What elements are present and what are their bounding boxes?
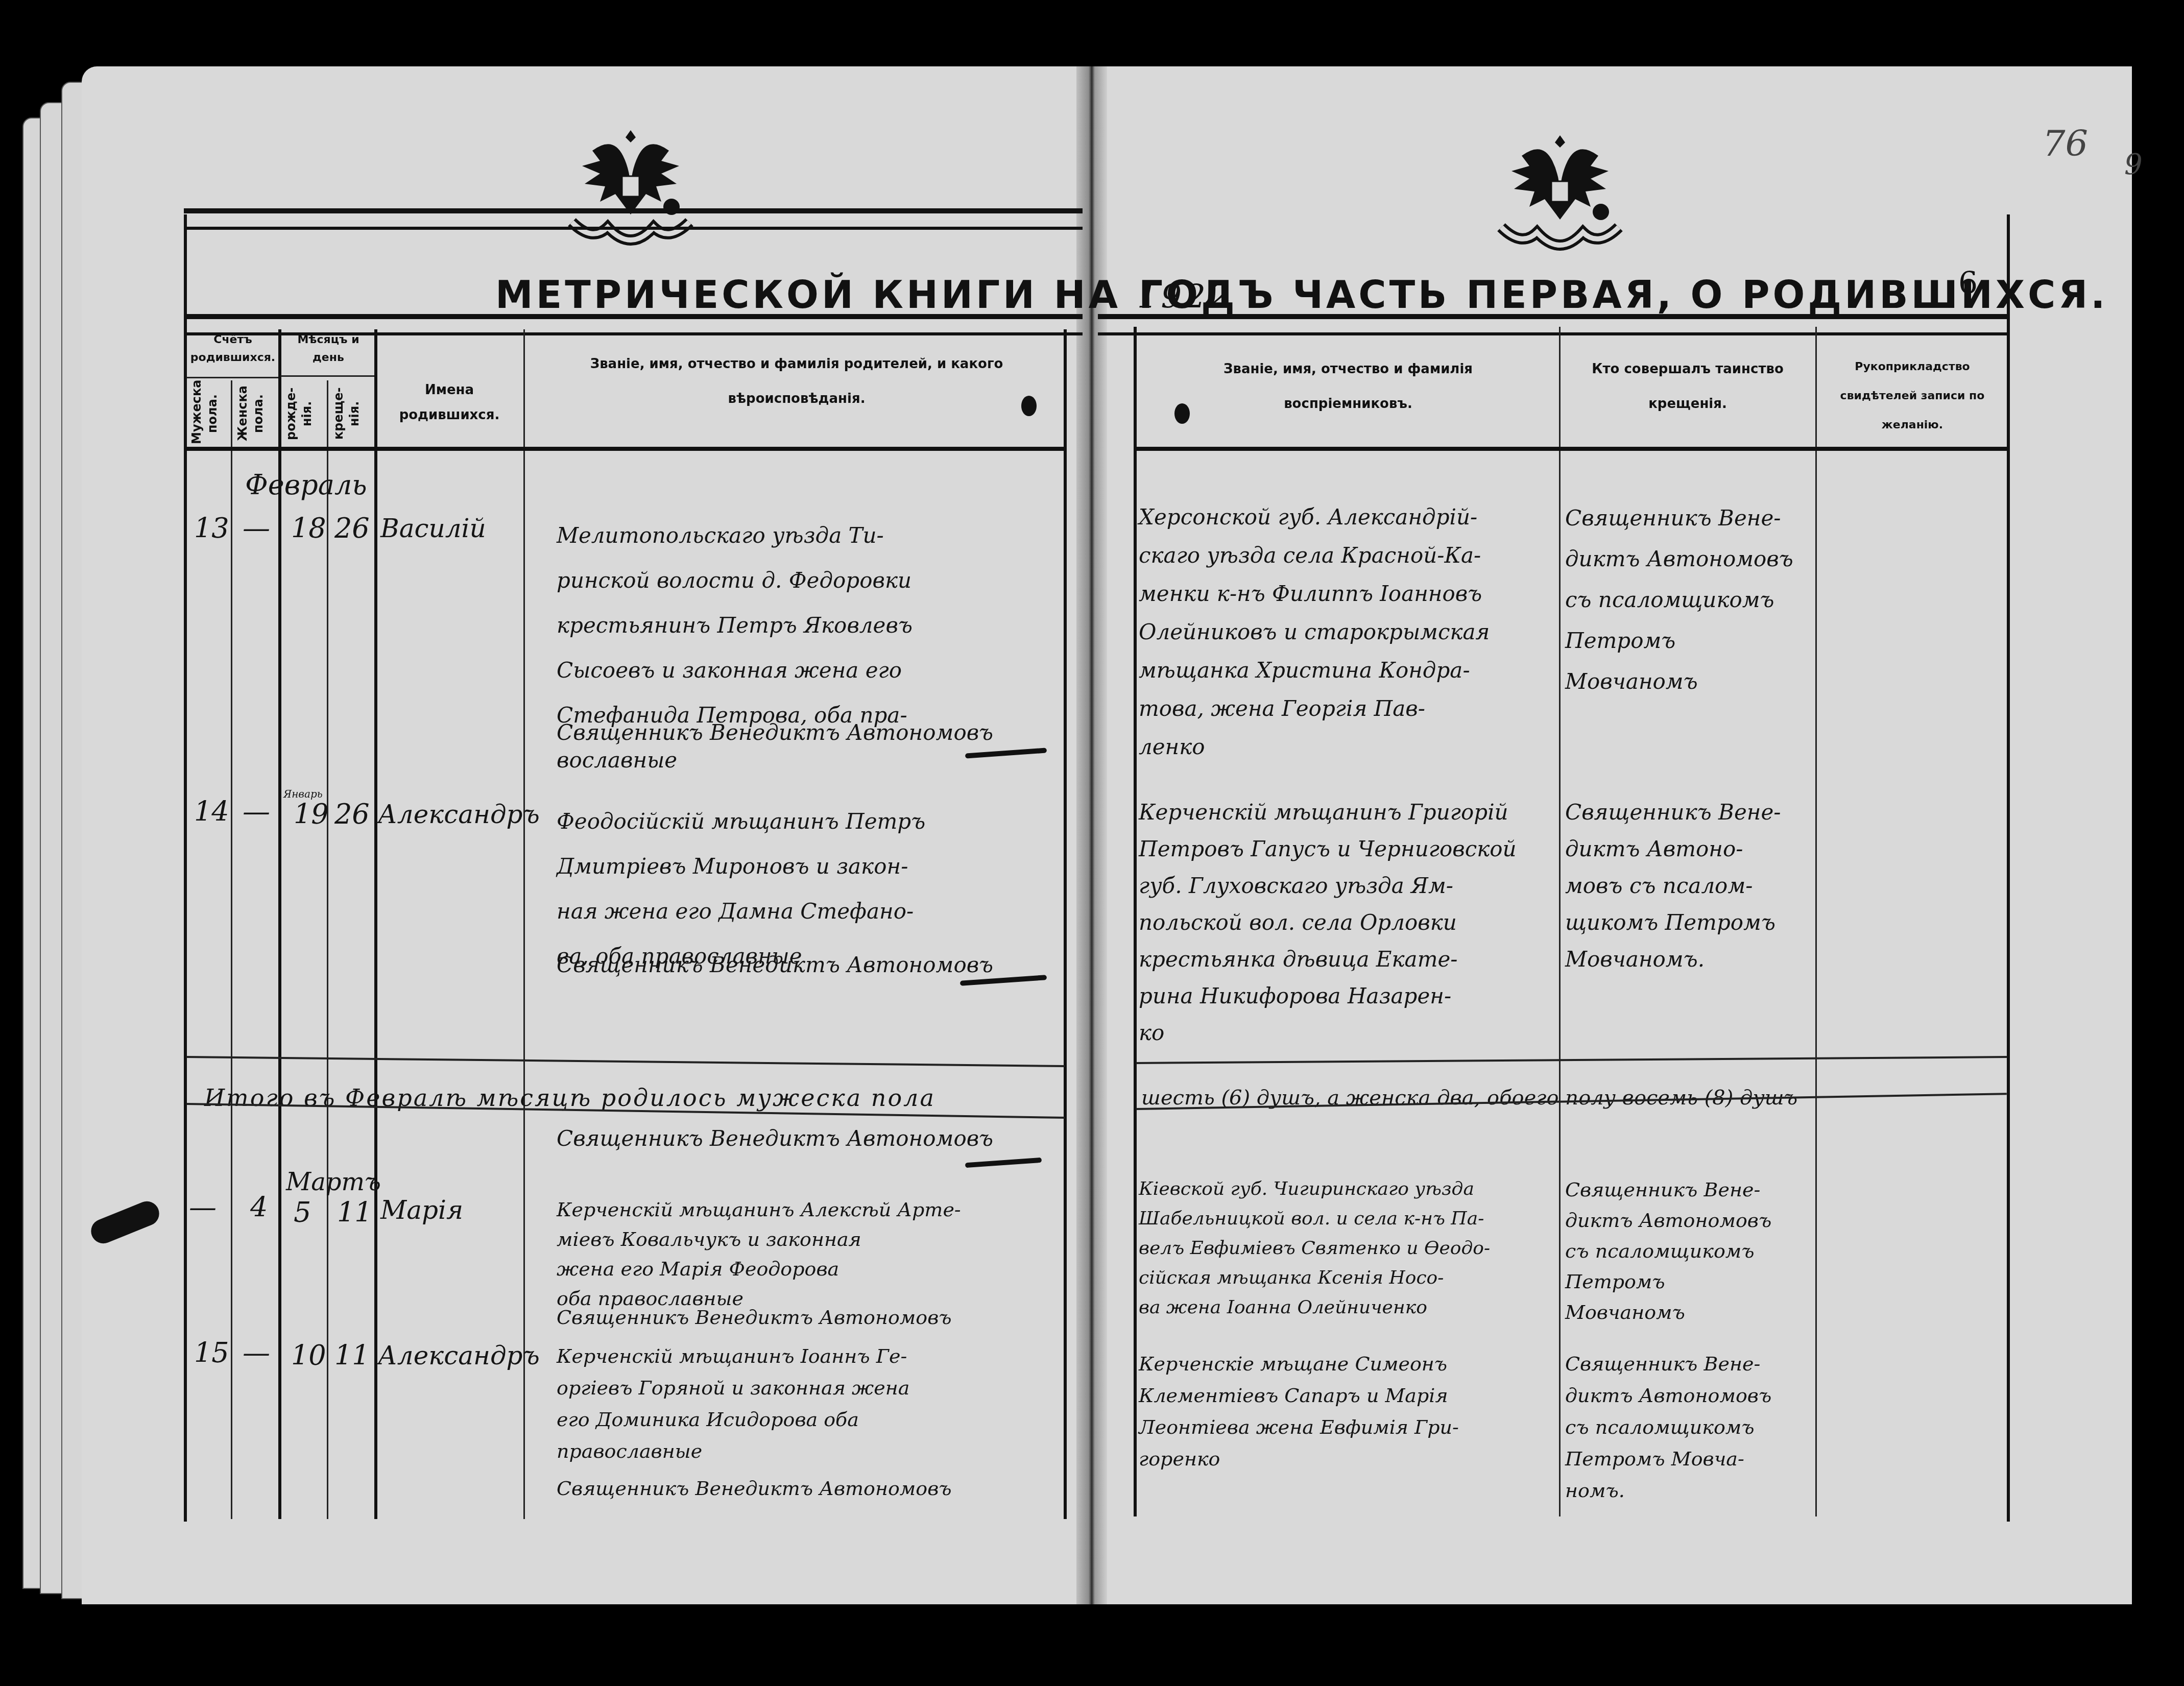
baptism-day: 26 [334,797,370,832]
header-godparents: Званіе, имя, отчество и фамилія воспріем… [1195,352,1501,421]
female-number: — [243,511,270,546]
double-headed-eagle-icon [1491,125,1629,258]
female-number: — [243,1335,270,1371]
page-number: 6 [1958,266,1978,301]
godparents-entry: Кіевской губ. Чигиринскаго уѣзда Шабельн… [1139,1174,1563,1322]
priest-signature: Священникъ Венедиктъ Автономовъ [557,947,1062,983]
header-month-day: Мѣсяцъ и день [283,331,373,367]
archive-folio-number: 76 [2043,123,2088,164]
godparents-entry: Керченскіе мѣщане Симеонъ Клементіевъ Са… [1139,1348,1563,1475]
priest-signature: Священникъ Венедиктъ Автономовъ [557,1471,1062,1506]
performed-by-entry: Священникъ Вене- диктъ Автоно- мовъ съ п… [1565,794,1815,978]
header-witness-signatures: Рукоприкладство свидѣтелей записи по жел… [1820,352,2004,440]
priest-signature: Священникъ Венедиктъ Автономовъ [557,715,1062,751]
baptism-day: 26 [334,511,370,546]
col-divider [374,329,377,1519]
male-number: 14 [194,794,229,830]
child-name: Марія [380,1192,463,1228]
performed-by-entry: Священникъ Вене- диктъ Автономовъ съ пса… [1565,1348,1815,1506]
archive-pencil-mark: 9 [2124,148,2143,181]
month-total-signature: Священникъ Венедиктъ Автономовъ [557,1121,1062,1157]
table-top-border-right [1098,314,2007,335]
birth-day: 19 [294,797,329,832]
parents-entry: Керченскій мѣщанинъ Іоаннъ Ге- оргіевъ Г… [557,1340,1062,1467]
col-divider [184,214,187,1522]
child-name: Александръ [378,1338,540,1374]
header-female: Женска пола. [235,383,276,444]
header-bottom-rule-left [186,447,1065,451]
header-bottom-rule-right [1136,447,2007,451]
performed-by-entry: Священникъ Вене- диктъ Автономовъ съ пса… [1565,498,1815,702]
birth-day: 18 [291,511,326,546]
header-count-born: Счётъ родившихся. [188,331,278,367]
double-headed-eagle-icon [562,120,700,253]
header-performed-by: Кто совершалъ таинство крещенія. [1568,352,1808,421]
header-baptism: креще-нія. [331,383,372,444]
col-divider [327,380,328,1519]
binding-punch-hole [1174,403,1190,424]
header-birth: рожде-нія. [283,383,324,444]
header-names: Имена родившихся. [378,378,521,428]
male-number: 15 [194,1335,229,1371]
child-name: Василій [380,511,486,546]
title-left: МЕТРИЧЕСКОЙ КНИГИ НА 1922 [495,273,1233,317]
godparents-entry: Керченскій мѣщанинъ Григорій Петровъ Гап… [1139,794,1563,1051]
imperial-eagle-emblem-right [1491,125,1629,258]
male-number: 13 [194,511,229,546]
child-name: Александръ [378,797,540,832]
binding-punch-hole [1021,396,1037,416]
month-total-right: шесть (6) душъ, а женска два, обоего пол… [1141,1080,2004,1116]
title-left-text: МЕТРИЧЕСКОЙ КНИГИ НА [495,273,1121,317]
godparents-entry: Херсонской губ. Александрій- скаго уѣзда… [1139,498,1563,766]
parents-entry: Керченскій мѣщанинъ Алексѣй Арте- міевъ … [557,1195,1062,1313]
table-top-border-left [184,208,1083,230]
subheader-rule [186,377,278,378]
header-parents: Званіе, имя, отчество и фамилія родителе… [541,347,1052,416]
female-number: — [243,794,270,830]
baptism-day: 11 [337,1195,372,1231]
imperial-eagle-emblem-left [562,120,700,253]
birth-day: 5 [294,1195,311,1231]
col-divider [231,380,232,1519]
col-divider [278,329,281,1519]
priest-signature: Священникъ Венедиктъ Автономовъ [557,1299,1062,1335]
baptism-day: 11 [334,1338,370,1374]
male-number: — [189,1190,217,1225]
header-male: Мужеска пола. [189,383,230,444]
female-number: 4 [250,1190,268,1225]
subheader-rule [281,375,374,377]
birth-day: 10 [291,1338,326,1374]
performed-by-entry: Священникъ Вене- диктъ Автономовъ съ пса… [1565,1174,1815,1328]
month-header-february: Февраль [245,467,367,503]
col-divider [1815,327,1817,1516]
col-divider [2007,214,2010,1522]
col-divider [1064,329,1067,1519]
col-divider [1134,327,1137,1516]
